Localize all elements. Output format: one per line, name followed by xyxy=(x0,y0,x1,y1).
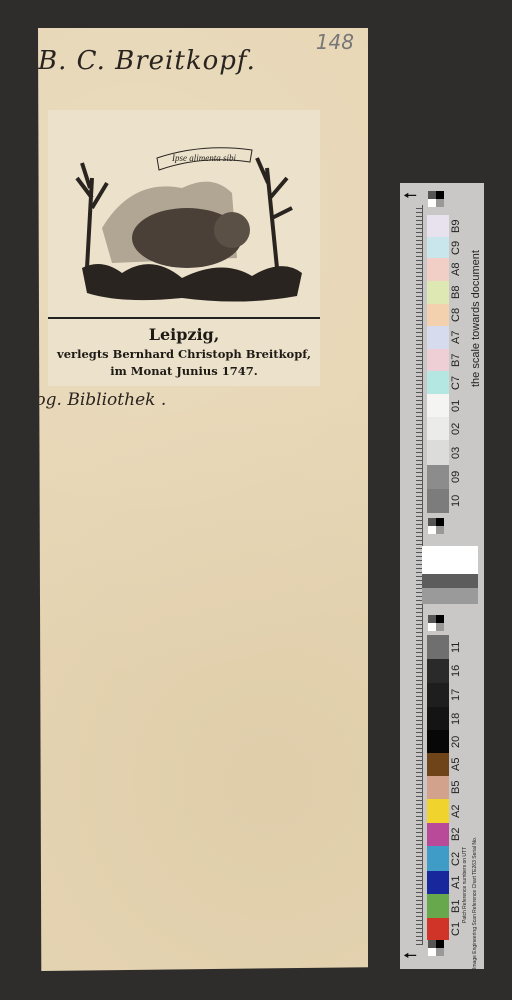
patch-code: C7 xyxy=(450,371,468,394)
color-patch xyxy=(427,846,449,871)
patch-code: C9 xyxy=(450,237,468,258)
patch-code: 10 xyxy=(450,489,468,513)
handwritten-title: B. C. Breitkopf. xyxy=(38,46,256,76)
patch-code: 20 xyxy=(450,730,468,753)
ruler xyxy=(408,205,423,945)
color-patch xyxy=(427,215,449,237)
color-patch xyxy=(427,489,449,513)
patch-code: B7 xyxy=(450,349,468,371)
imprint-city: Leipzig, xyxy=(48,324,320,346)
patch-code: 16 xyxy=(450,659,468,683)
divider-rule xyxy=(48,317,320,319)
color-patch xyxy=(427,371,449,394)
color-patch xyxy=(427,659,449,683)
printed-label: Ipse alimenta sibi Leipzig, verlegts Ber… xyxy=(48,110,320,386)
catalog-number: 148 xyxy=(316,30,354,54)
patch-code: B9 xyxy=(450,215,468,237)
imprint-publisher: verlegts Bernhard Christoph Breitkopf, xyxy=(48,346,320,363)
gray-squares-icon xyxy=(428,615,444,631)
handwritten-note: log. Bibliothek . xyxy=(30,390,166,410)
color-patch xyxy=(427,871,449,894)
patch-code: B8 xyxy=(450,281,468,304)
color-patch xyxy=(427,683,449,707)
gray-squares-icon xyxy=(428,940,444,956)
arrow-left-icon: 🠔 xyxy=(403,945,417,972)
color-patch xyxy=(427,237,449,258)
patch-reference-note: Patch Reference numbers on UTT xyxy=(462,763,468,923)
resolution-gauge xyxy=(422,546,478,604)
patch-code: 03 xyxy=(450,440,468,465)
imprint-date: im Monat Junius 1747. xyxy=(48,363,320,380)
color-patch xyxy=(427,326,449,349)
color-patch xyxy=(427,799,449,823)
svg-text:Ipse alimenta sibi: Ipse alimenta sibi xyxy=(171,153,236,163)
gray-squares-icon xyxy=(428,191,444,207)
patch-code: 09 xyxy=(450,465,468,489)
bear-engraving-icon: Ipse alimenta sibi xyxy=(62,118,310,302)
patch-code: 11 xyxy=(450,635,468,659)
patch-code: C8 xyxy=(450,304,468,326)
color-patch xyxy=(427,894,449,918)
color-patch xyxy=(427,258,449,281)
color-patch xyxy=(427,394,449,417)
color-patch xyxy=(427,281,449,304)
color-patch xyxy=(427,635,449,659)
color-patch xyxy=(427,823,449,846)
color-reference-chart: 🠔 B9C9A8B8C8A7B7C701020309101116171820A5… xyxy=(400,183,484,969)
imprint-block: Leipzig, verlegts Bernhard Christoph Bre… xyxy=(48,324,320,380)
color-patch xyxy=(427,918,449,940)
patch-code: 02 xyxy=(450,417,468,440)
scale-note: the scale towards document xyxy=(470,187,482,387)
color-patch xyxy=(427,753,449,776)
color-patch xyxy=(427,707,449,730)
patch-code: 18 xyxy=(450,707,468,730)
patch-code: A7 xyxy=(450,326,468,349)
color-patch xyxy=(427,730,449,753)
color-patch xyxy=(427,440,449,465)
patch-code: A8 xyxy=(450,258,468,281)
color-patch xyxy=(427,304,449,326)
color-patch xyxy=(427,417,449,440)
gray-squares-icon xyxy=(428,518,444,534)
color-patch xyxy=(427,349,449,371)
document-sheet: B. C. Breitkopf. 148 Ipse alimenta sibi … xyxy=(38,28,368,971)
color-patch xyxy=(427,465,449,489)
patch-code: 01 xyxy=(450,394,468,417)
patch-code: 17 xyxy=(450,683,468,707)
color-patch xyxy=(427,776,449,799)
chart-footer: Image Engineering Scan Reference Chart T… xyxy=(472,783,478,969)
